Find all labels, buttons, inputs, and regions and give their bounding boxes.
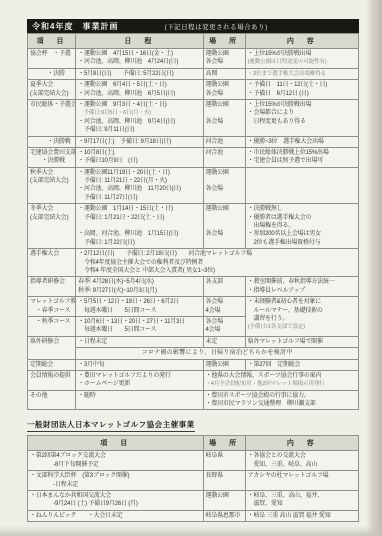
cell-line: ・文部科学大臣杯 (第3ブロック開催) bbox=[30, 472, 201, 480]
table-cell: ・決勝戦無し・優勝者は選手権大会の 出場権を得る。・参加200名以上会場は男女 … bbox=[245, 204, 358, 249]
cell-line: 岐阜県恵那市 bbox=[206, 512, 243, 520]
cell-line: ・運動公園 9月3日・4日(土・日) bbox=[78, 101, 200, 109]
table-cell: ・上位15%が決勝戦出場・会場都合により 日程変更もあり得る bbox=[245, 99, 358, 136]
cell-line: ・教室開催前、春秋指導方法統一 bbox=[248, 278, 356, 286]
cell-line: ・優勝者は選手権大会の bbox=[248, 214, 356, 222]
cell-line: 各会場 bbox=[206, 58, 243, 66]
document-title: 令和4年度 事業計画 bbox=[32, 21, 118, 32]
table-row: 秋季大会(支部完結大会)・運動公園11月19日・20日(土・日) 予備日: 11… bbox=[28, 167, 359, 204]
cell-line: ・ホームページ更新 bbox=[78, 380, 200, 388]
table-cell: 春季: 4月28日(木)~5月4日(水)秋季: 9月27日(火)~10月3日(月… bbox=[76, 277, 203, 297]
table-cell bbox=[245, 167, 358, 204]
cell-line: ・第2回第4ブロック交流大会 bbox=[30, 452, 201, 460]
table-cell: 定期総会 bbox=[28, 359, 76, 370]
table-cell: ・随時 bbox=[76, 390, 203, 410]
cell-line: アカシヤの杜マレットゴルフ場 bbox=[248, 472, 356, 480]
table-cell: 長野県 bbox=[203, 471, 245, 491]
cell-line: 2位も選手権出場資格付与 bbox=[248, 239, 356, 247]
cell-line: ・2月12日(日) 予備日: 2月19日(日) 河合池マレットゴルフ場 bbox=[78, 250, 356, 258]
cell-line: ・10月6日・13日・20日・27日・11月3日 bbox=[78, 318, 200, 326]
cell-line: 運動公園 bbox=[206, 101, 243, 109]
table-cell: 県外研修会 bbox=[28, 336, 76, 359]
cell-line: ・3位まで選手権大会出場権得る bbox=[248, 70, 356, 78]
table-cell: ・上位15%が決勝戦出場(運動公園は日程変更の可能性有) bbox=[245, 49, 358, 69]
cell-line: ・優勝~3位 選手権大会出場 bbox=[248, 138, 356, 146]
table-cell: ・豊田市スポーツ協会殿の行事に協力。・豊田市民マラソン交通整理 柳川瀬支部 bbox=[203, 390, 358, 410]
cell-line: -日程未定 bbox=[30, 481, 201, 489]
table-cell: ・各協会との交流大会 愛知、三重、岐阜、高山 bbox=[245, 451, 358, 471]
cell-line: 秋季: 9月27日(火)~10月3日(月) bbox=[78, 287, 200, 295]
table-cell: マレットゴルフ教室 ・春季コース bbox=[28, 297, 76, 317]
cell-line: (支部完結大会) bbox=[30, 214, 73, 222]
cell-line: ・上位15%が決勝戦出場 bbox=[248, 101, 356, 109]
cell-line: ・決勝戦無し bbox=[248, 205, 356, 213]
jmga-events-table: 項 目場 所内 容・第2回第4ブロック交流大会 -8月下旬開催予定岐阜県・各協会… bbox=[27, 435, 359, 522]
table-cell: 未定 bbox=[203, 336, 245, 347]
cell-line: 岐阜県 bbox=[206, 452, 243, 460]
cell-line: 予備日: 1月22日(日) bbox=[78, 239, 200, 247]
table-cell: 選手権大会 bbox=[28, 249, 76, 277]
cell-line: ・岐阜、三重、高山、福井、 bbox=[248, 492, 356, 500]
cell-line: 夏季大会 bbox=[30, 81, 73, 89]
cell-line: -8月下旬開催予定 bbox=[30, 461, 201, 469]
cell-line: 予備日: 9月11日(日) bbox=[78, 126, 200, 134]
cell-line: 会員情報の提供 bbox=[30, 372, 73, 380]
cell-line: 秋季大会 bbox=[30, 169, 73, 177]
cell-line: 県外研修会 bbox=[30, 338, 73, 346]
table-cell: ・決勝 bbox=[28, 68, 76, 79]
table-cell: ・運動公園 4月15日・16日(金・土)・河合池、高岡、柳川池 4月24日(日) bbox=[76, 49, 203, 69]
cell-line: 河合池 bbox=[206, 149, 243, 157]
table-cell: 岐阜県恵那市 bbox=[203, 510, 245, 521]
cell-line: (運動公園は日程変更の可能性有) bbox=[248, 58, 356, 66]
table-cell: ・教室開催前、春秋指導方法統一・指導員レベルアップ bbox=[245, 277, 358, 297]
cell-line: ルールマナー、基礎技術の bbox=[248, 307, 356, 315]
cell-line: 日程変更もあり得る bbox=[248, 118, 356, 126]
cell-line: ・河合池、高岡、柳川池 9月4日(日) bbox=[78, 118, 200, 126]
table-cell: 運動公園各会場 bbox=[203, 80, 245, 100]
cell-line: 運動公園 bbox=[206, 492, 243, 500]
table-row: 協会杯 ・予選・運動公園 4月15日・16日(金・土)・河合池、高岡、柳川池 4… bbox=[28, 49, 359, 69]
cell-line: ・運動公園 4月15日・16日(金・土) bbox=[78, 50, 200, 58]
table-cell: 指導者研修会 bbox=[28, 277, 76, 297]
table-cell: ・岐阜、三重、高山、福井、 滋賀、愛知 bbox=[245, 491, 358, 511]
cell-line: 滋賀、愛知 bbox=[248, 500, 356, 508]
table-row: 冬季大会(支部完結大会)・運動公園 1月14日・15日(土・日) 予備日: 1月… bbox=[28, 204, 359, 249]
table-cell: ・運動公園 9月3日・4日(土・日) 予備日:9月5日・6日(月・火)・河合池、… bbox=[76, 99, 203, 136]
table-cell: ・10月6日・13日・20日・27日・11月3日 毎週木曜日 5日間コース bbox=[76, 316, 203, 336]
cell-line: 春季: 4月28日(木)~5月4日(水) bbox=[78, 278, 200, 286]
table-row: ・第2回第4ブロック交流大会 -8月下旬開催予定岐阜県・各協会との交流大会 愛知… bbox=[28, 451, 359, 471]
table-cell: 運動公園 bbox=[203, 491, 245, 511]
table-cell: ・豊田マレットゴルフだよりの発行・ホームページ更新 bbox=[76, 370, 203, 390]
table-row: マレットゴルフ教室 ・春季コース・5月5日・12日・19日・26日・6月2日 毎… bbox=[28, 297, 359, 317]
table-cell: 各支部 bbox=[203, 277, 245, 297]
cell-line: ・河合池、高岡、柳川池 11月20日(日) bbox=[78, 185, 200, 193]
table-cell: 運動公園 bbox=[203, 359, 245, 370]
cell-line: 令和4年度協会主催大会での権利者及び特例者 bbox=[78, 259, 356, 267]
table-cell: ・日本まんなか共和国交流大会 -9月24日 (土) 予備日9月26日 (月) bbox=[28, 491, 204, 511]
table-row: ・ねんりんピック ・大会日未定岐阜県恵那市・岐阜 三重 高山 滋賀 福井 愛知 bbox=[28, 510, 359, 521]
table-cell: ・3月中旬 bbox=[76, 359, 203, 370]
cell-line: 冬季大会 bbox=[30, 205, 73, 213]
table-row: 指導者研修会春季: 4月28日(木)~5月4日(水)秋季: 9月27日(火)~1… bbox=[28, 277, 359, 297]
cell-line: ・運動公園 1月14日・15日(土・日) bbox=[78, 205, 200, 213]
table-cell: コロナ禍の影響により、日帰り宿泊どちらかを検討中 bbox=[76, 348, 359, 359]
cell-line: ・豊田市民マラソン交通整理 柳川瀬支部 bbox=[206, 400, 356, 408]
column-header: 内 容 bbox=[245, 436, 358, 451]
table-cell: 冬季大会(支部完結大会) bbox=[28, 204, 76, 249]
table-cell: 岐阜県 bbox=[203, 451, 245, 471]
table-cell: ・未経験者&初心者を対象に ルールマナー、基礎技術の 講習を行う。(予備日は各支… bbox=[245, 297, 358, 337]
cell-line: 運動公園 bbox=[206, 50, 243, 58]
table-cell: ・運動公園 6月4日・5日(土・日)・河合池、高岡、柳川池 6月5日(日) bbox=[76, 80, 203, 100]
table-cell: ・10月8日(土)・予備日10月9日 (日) bbox=[76, 147, 203, 167]
table-cell: ・岐阜 三重 高山 滋賀 福井 愛知 bbox=[245, 510, 358, 521]
table-cell: 運動公園 各会場 bbox=[203, 99, 245, 136]
table-cell: 各会場4会場 bbox=[203, 297, 245, 317]
cell-line: ・各協会との交流大会 bbox=[248, 452, 356, 460]
table-row: ・決勝戦・9月17日(土) 予備日: 9月18日(日)河合池・優勝~3位 選手権… bbox=[28, 136, 359, 147]
table-row: ・文部科学大臣杯 (第3ブロック開催) -日程未定長野県アカシヤの杜マレットゴル… bbox=[28, 471, 359, 491]
scan-edge-bottom bbox=[0, 526, 382, 536]
table-cell: 河合池 bbox=[203, 136, 245, 147]
cell-line: 令和4 年度全国大会と 中部大会入賞者( 男女1~3位) bbox=[78, 267, 356, 275]
document-title-note: (下記日程は変更される場合あり) bbox=[164, 22, 267, 31]
cell-line: ・運動公園 6月4日・5日(土・日) bbox=[78, 81, 200, 89]
column-header: 場 所 bbox=[203, 436, 245, 451]
cell-line: ・参加200名以上会場は男女 bbox=[248, 230, 356, 238]
cell-line: 市民総体・予選会 bbox=[30, 101, 73, 109]
table-cell: ・第2回第4ブロック交流大会 -8月下旬開催予定 bbox=[28, 451, 204, 471]
cell-line: 高岡 bbox=[206, 70, 243, 78]
cell-line: 予備日:9月5日・6日(月・火) bbox=[78, 109, 200, 117]
table-cell: その他 bbox=[28, 390, 76, 410]
table-cell: 会員情報の提供 bbox=[28, 370, 76, 390]
table-cell: ・ねんりんピック ・大会日未定 bbox=[28, 510, 204, 521]
table-row: その他・随時・豊田市スポーツ協会殿の行事に協力。・豊田市民マラソン交通整理 柳川… bbox=[28, 390, 359, 410]
table-cell: ・5月8日(日) 予備日: 5月22日(日) bbox=[76, 68, 203, 79]
cell-line: 指導者研修会 bbox=[30, 278, 73, 286]
table-row: 定期総会・3月中旬運動公園・第27回 定期総会 bbox=[28, 359, 359, 370]
table-cell: 運動公園各会場 bbox=[203, 49, 245, 69]
table-row: コロナ禍の影響により、日帰り宿泊どちらかを検討中 bbox=[28, 348, 359, 359]
cell-line: 各会場 bbox=[206, 185, 243, 193]
table-cell: ・文部科学大臣杯 (第3ブロック開催) -日程未定 bbox=[28, 471, 204, 491]
cell-line: 出場権を得る。 bbox=[248, 222, 356, 230]
table-cell: 河合池 bbox=[203, 147, 245, 167]
cell-line: 各会場 bbox=[206, 118, 243, 126]
table-row: 夏季大会(支部完結大会)・運動公園 6月4日・5日(土・日)・河合池、高岡、柳川… bbox=[28, 80, 359, 100]
cell-line: (支部完結大会) bbox=[30, 177, 73, 185]
scanned-page: 令和4年度 事業計画 (下記日程は変更される場合あり) 項 目日 程場 所内 容… bbox=[27, 19, 359, 522]
cell-line: ・春季コース bbox=[30, 307, 73, 315]
table-cell: ・優勝~3位 選手権大会出場 bbox=[245, 136, 358, 147]
table-cell: 夏季大会(支部完結大会) bbox=[28, 80, 76, 100]
table-cell: アカシヤの杜マレットゴルフ場 bbox=[245, 471, 358, 491]
table-cell: 運動公園 各会場 bbox=[203, 167, 245, 204]
cell-line: 毎週木曜日 5日間コース bbox=[78, 307, 200, 315]
cell-line: 4会場 bbox=[206, 326, 243, 334]
cell-line: ・河合池、高岡、柳川池 4月24日(日) bbox=[78, 58, 200, 66]
cell-line: 各支部 bbox=[206, 278, 243, 286]
cell-line: コロナ禍の影響により、日帰り宿泊どちらかを検討中 bbox=[78, 349, 356, 357]
table-cell: ・決勝戦 bbox=[28, 136, 76, 147]
cell-line: 予備日: 1月21日・22日(土・日) bbox=[78, 214, 200, 222]
column-header: 場 所 bbox=[203, 34, 245, 49]
cell-line: ・上位15%が決勝戦出場 bbox=[248, 50, 356, 58]
cell-line: ・決勝 bbox=[30, 70, 73, 78]
table-row: ・日本まんなか共和国交流大会 -9月24日 (土) 予備日9月26日 (月)運動… bbox=[28, 491, 359, 511]
table-cell: ・秋季コース bbox=[28, 316, 76, 336]
cell-line: ・9月17日(土) 予備日: 9月18日(日) bbox=[78, 138, 200, 146]
table-cell: ・日程未定 bbox=[76, 336, 203, 347]
cell-line: ・日本まんなか共和国交流大会 bbox=[30, 492, 201, 500]
cell-line: (支部完結大会) bbox=[30, 90, 73, 98]
cell-line: ・随時 bbox=[78, 392, 200, 400]
cell-line: ・岐阜 三重 高山 滋賀 福井 愛知 bbox=[248, 512, 356, 520]
table-cell: ・市民総体決勝戦上位15%出場・宅建会員は無予選で出場可 bbox=[245, 147, 358, 167]
cell-line: ・5月5日・12日・19日・26日・6月2日 bbox=[78, 298, 200, 306]
cell-line: 予備日: 11月21日・22日(月・火) bbox=[78, 177, 200, 185]
header-row: 項 目場 所内 容 bbox=[28, 436, 359, 451]
table-cell: 協会杯 ・予選 bbox=[28, 49, 76, 69]
cell-line: ・予備日 6月12日 (日) bbox=[248, 90, 356, 98]
main-schedule-table: 項 目日 程場 所内 容協会杯 ・予選・運動公園 4月15日・16日(金・土)・… bbox=[27, 33, 359, 410]
cell-line: ・宅建会員は無予選で出場可 bbox=[248, 157, 356, 165]
cell-line: ・秋季コース bbox=[30, 318, 73, 326]
column-header: 項 目 bbox=[28, 436, 204, 451]
header-row: 項 目日 程場 所内 容 bbox=[28, 34, 359, 49]
cell-line: ・他県の大会情報、スポーツ協会行事の案内 bbox=[206, 372, 356, 380]
cell-line: ・ねんりんピック ・大会日未定 bbox=[30, 512, 201, 520]
cell-line: ・10月8日(土) bbox=[78, 149, 200, 157]
column-header: 日 程 bbox=[76, 34, 203, 49]
table-row: 県外研修会・日程未定未定県外マレットゴルフ場で開催 bbox=[28, 336, 359, 347]
cell-line: ・会場都合により bbox=[248, 109, 356, 117]
cell-line: ・5月8日(日) 予備日: 5月22日(日) bbox=[78, 70, 200, 78]
cell-line: 講習を行う。 bbox=[248, 315, 356, 323]
cell-line: 各会場 bbox=[206, 230, 243, 238]
cell-line bbox=[78, 222, 200, 230]
table-row: 選手権大会・2月12日(日) 予備日: 2月19日(日) 河合池マレットゴルフ場… bbox=[28, 249, 359, 277]
cell-line: 運動公園 bbox=[206, 169, 243, 177]
table-cell: ・予備日 11日・12日(土・日)・予備日 6月12日 (日) bbox=[245, 80, 358, 100]
cell-line: 愛知、三重、岐阜、高山 bbox=[248, 461, 356, 469]
table-row: ・決勝・5月8日(日) 予備日: 5月22日(日)高岡・3位まで選手権大会出場権… bbox=[28, 68, 359, 79]
cell-line: ・決勝戦 bbox=[30, 138, 73, 146]
cell-line: 選手権大会 bbox=[30, 250, 73, 258]
cell-line: マレットゴルフ教室 bbox=[30, 298, 73, 306]
cell-line: -9月24日 (土) 予備日9月26日 (月) bbox=[30, 500, 201, 508]
cell-line: 県外マレットゴルフ場で開催 bbox=[248, 338, 356, 346]
table-cell: ・運動公園11月19日・20日(土・日) 予備日: 11月21日・22日(月・火… bbox=[76, 167, 203, 204]
table-row: 市民総体・予選会・運動公園 9月3日・4日(土・日) 予備日:9月5日・6日(月… bbox=[28, 99, 359, 136]
table-cell: 運動公園 各会場 bbox=[203, 204, 245, 249]
scan-edge-right bbox=[366, 0, 382, 536]
table-cell: ・2月12日(日) 予備日: 2月19日(日) 河合池マレットゴルフ場 令和4年… bbox=[76, 249, 359, 277]
table-cell: 秋季大会(支部完結大会) bbox=[28, 167, 76, 204]
cell-line bbox=[206, 109, 243, 117]
cell-line: ・未経験者&初心者を対象に bbox=[248, 298, 356, 306]
table-cell: 宅建協会豊田支部杯 ・決勝戦 bbox=[28, 147, 76, 167]
cell-line: ・豊田市スポーツ協会殿の行事に協力。 bbox=[206, 392, 356, 400]
table-row: 会員情報の提供・豊田マレットゴルフだよりの発行・ホームページ更新・他県の大会情報… bbox=[28, 370, 359, 390]
cell-line: ・4月全会員配布用・他2回マレット場掲示用発行 bbox=[206, 380, 356, 388]
cell-line: 各会場 bbox=[206, 90, 243, 98]
cell-line: ・日程未定 bbox=[78, 338, 200, 346]
cell-line: 運動公園 bbox=[206, 205, 243, 213]
cell-line: 未定 bbox=[206, 338, 243, 346]
cell-line: 運動公園 bbox=[206, 81, 243, 89]
document-title-bar: 令和4年度 事業計画 (下記日程は変更される場合あり) bbox=[27, 19, 359, 33]
table-cell: ・3位まで選手権大会出場権得る bbox=[245, 68, 358, 79]
table-cell: ・他県の大会情報、スポーツ協会行事の案内・4月全会員配布用・他2回マレット場掲示… bbox=[203, 370, 358, 390]
cell-line: ・指導員レベルアップ bbox=[248, 287, 356, 295]
table-cell: ・9月17日(土) 予備日: 9月18日(日) bbox=[76, 136, 203, 147]
cell-line: 各会場 bbox=[206, 318, 243, 326]
cell-line: 各会場 bbox=[206, 298, 243, 306]
cell-line: (予備日は各支部で設定) bbox=[248, 323, 356, 331]
cell-line: ・予備日 11日・12日(土・日) bbox=[248, 81, 356, 89]
cell-line: 4会場 bbox=[206, 307, 243, 315]
cell-line: ・高岡、河合池、柳川池 1月15日(日) bbox=[78, 230, 200, 238]
cell-line: 協会杯 ・予選 bbox=[30, 50, 73, 58]
cell-line: ・運動公園11月19日・20日(土・日) bbox=[78, 169, 200, 177]
table-cell: 県外マレットゴルフ場で開催 bbox=[245, 336, 358, 347]
cell-line bbox=[248, 169, 356, 177]
cell-line: ・決勝戦 bbox=[30, 157, 73, 165]
cell-line: 河合池 bbox=[206, 138, 243, 146]
cell-line: ・市民総体決勝戦上位15%出場 bbox=[248, 149, 356, 157]
column-header: 内 容 bbox=[245, 34, 358, 49]
cell-line: ・豊田マレットゴルフだよりの発行 bbox=[78, 372, 200, 380]
cell-line: ・第27回 定期総会 bbox=[248, 361, 356, 369]
section2-title: 一般財団法人日本マレットゴルフ協会主催事業 bbox=[27, 419, 195, 432]
cell-line: 運動公園 bbox=[206, 361, 243, 369]
cell-line: 予備日: 11月27日(日) bbox=[78, 194, 200, 202]
cell-line: ・3月中旬 bbox=[78, 361, 200, 369]
table-cell: 各会場4会場 bbox=[203, 316, 245, 336]
table-cell: 市民総体・予選会 bbox=[28, 99, 76, 136]
cell-line: 毎週木曜日 5日間コース bbox=[78, 326, 200, 334]
cell-line bbox=[206, 222, 243, 230]
table-row: 宅建協会豊田支部杯 ・決勝戦・10月8日(土)・予備日10月9日 (日)河合池・… bbox=[28, 147, 359, 167]
cell-line: 定期総会 bbox=[30, 361, 73, 369]
table-cell: ・運動公園 1月14日・15日(土・日) 予備日: 1月21日・22日(土・日)… bbox=[76, 204, 203, 249]
cell-line: 宅建協会豊田支部杯 bbox=[30, 149, 73, 157]
cell-line: ・予備日10月9日 (日) bbox=[78, 157, 200, 165]
table-cell: ・第27回 定期総会 bbox=[245, 359, 358, 370]
cell-line: その他 bbox=[30, 392, 73, 400]
cell-line bbox=[206, 177, 243, 185]
table-cell: 高岡 bbox=[203, 68, 245, 79]
column-header: 項 目 bbox=[28, 34, 76, 49]
cell-line: ・河合池、高岡、柳川池 6月5日(日) bbox=[78, 90, 200, 98]
cell-line: 長野県 bbox=[206, 472, 243, 480]
table-cell: ・5月5日・12日・19日・26日・6月2日 毎週木曜日 5日間コース bbox=[76, 297, 203, 317]
cell-line bbox=[206, 214, 243, 222]
